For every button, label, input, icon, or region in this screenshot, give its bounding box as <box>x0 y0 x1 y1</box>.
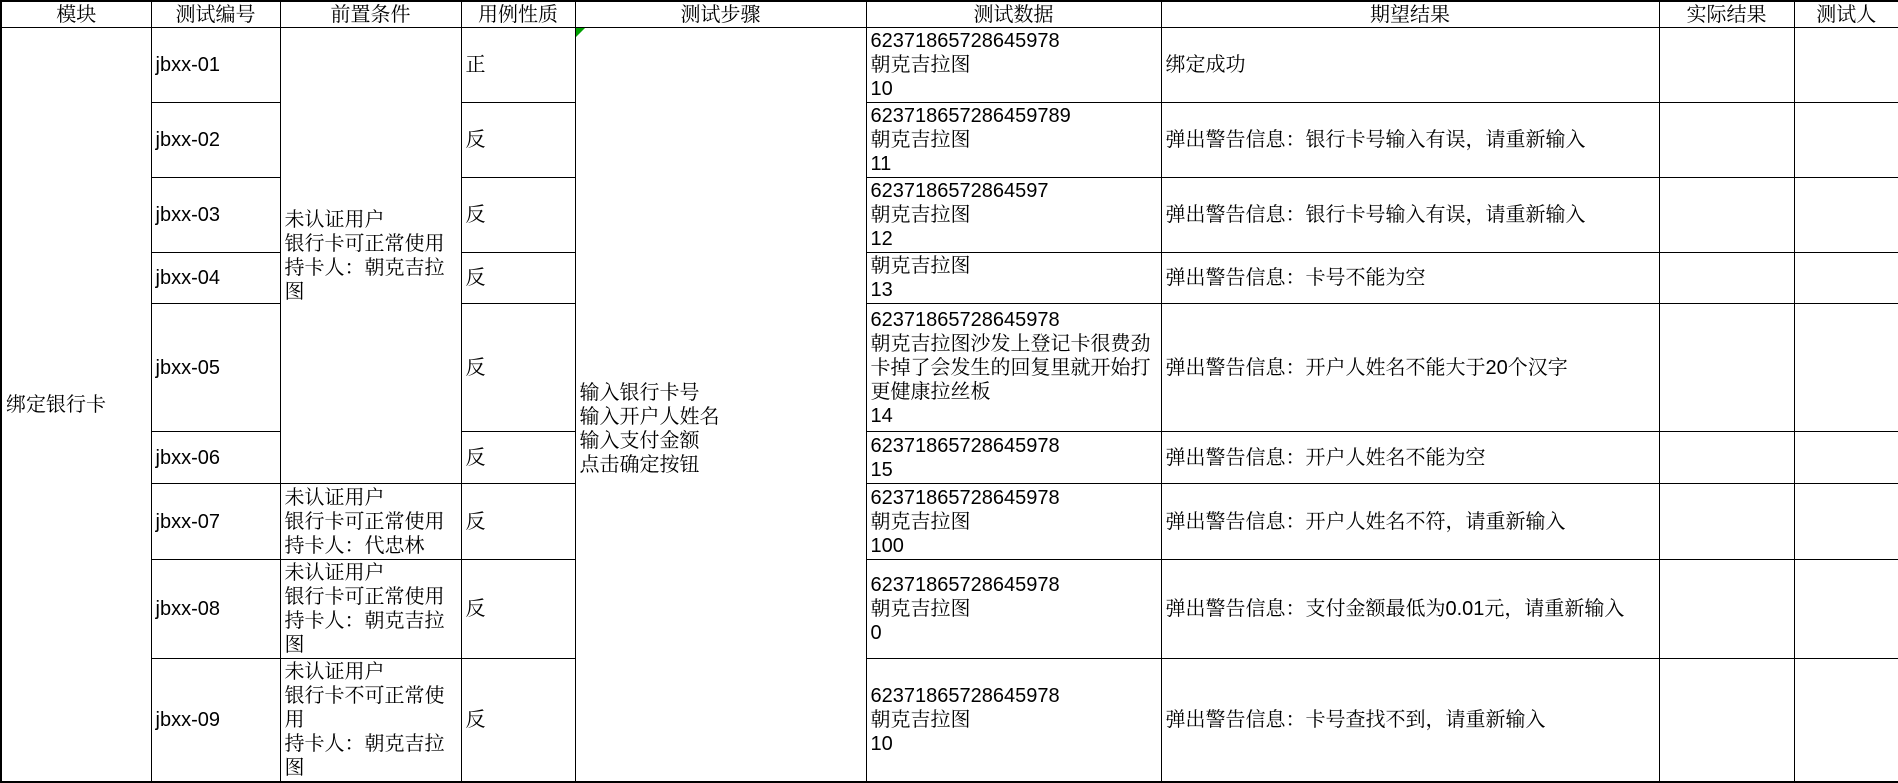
test-id-cell[interactable]: jbxx-07 <box>151 484 280 560</box>
tester-cell[interactable] <box>1794 28 1898 103</box>
actual-result-cell[interactable] <box>1659 178 1794 253</box>
expected-result-cell[interactable]: 弹出警告信息：支付金额最低为0.01元，请重新输入 <box>1161 560 1659 659</box>
expected-result-cell[interactable]: 弹出警告信息：开户人姓名不能大于20个汉字 <box>1161 304 1659 432</box>
header-test-data[interactable]: 测试数据 <box>866 1 1161 28</box>
header-test-id[interactable]: 测试编号 <box>151 1 280 28</box>
table-row: jbxx-07 未认证用户 银行卡可正常使用 持卡人：代忠林 反 6237186… <box>1 484 1898 560</box>
test-id-cell[interactable]: jbxx-01 <box>151 28 280 103</box>
precondition-cell[interactable]: 未认证用户 银行卡可正常使用 持卡人：朝克吉拉图 <box>280 28 461 484</box>
expected-result-cell[interactable]: 弹出警告信息：开户人姓名不能为空 <box>1161 432 1659 484</box>
error-indicator-icon <box>576 28 585 37</box>
nature-cell[interactable]: 反 <box>461 253 575 304</box>
table-row: jbxx-09 未认证用户 银行卡不可正常使用 持卡人：朝克吉拉图 反 6237… <box>1 659 1898 783</box>
actual-result-cell[interactable] <box>1659 432 1794 484</box>
header-expected-result[interactable]: 期望结果 <box>1161 1 1659 28</box>
header-row: 模块 测试编号 前置条件 用例性质 测试步骤 测试数据 期望结果 实际结果 测试… <box>1 1 1898 28</box>
actual-result-cell[interactable] <box>1659 103 1794 178</box>
test-data-cell[interactable]: 朝克吉拉图 13 <box>866 253 1161 304</box>
nature-cell[interactable]: 反 <box>461 484 575 560</box>
tester-cell[interactable] <box>1794 484 1898 560</box>
tester-cell[interactable] <box>1794 432 1898 484</box>
test-data-cell[interactable]: 62371865728645978 朝克吉拉图 10 <box>866 28 1161 103</box>
header-test-steps[interactable]: 测试步骤 <box>575 1 866 28</box>
test-data-cell[interactable]: 623718657286459789 朝克吉拉图 11 <box>866 103 1161 178</box>
test-id-cell[interactable]: jbxx-03 <box>151 178 280 253</box>
header-precondition[interactable]: 前置条件 <box>280 1 461 28</box>
tester-cell[interactable] <box>1794 304 1898 432</box>
test-id-cell[interactable]: jbxx-02 <box>151 103 280 178</box>
actual-result-cell[interactable] <box>1659 560 1794 659</box>
test-id-cell[interactable]: jbxx-05 <box>151 304 280 432</box>
nature-cell[interactable]: 反 <box>461 560 575 659</box>
expected-result-cell[interactable]: 弹出警告信息：卡号查找不到，请重新输入 <box>1161 659 1659 783</box>
expected-result-cell[interactable]: 弹出警告信息：卡号不能为空 <box>1161 253 1659 304</box>
test-id-cell[interactable]: jbxx-08 <box>151 560 280 659</box>
test-data-cell[interactable]: 62371865728645978 朝克吉拉图 10 <box>866 659 1161 783</box>
header-actual-result[interactable]: 实际结果 <box>1659 1 1794 28</box>
actual-result-cell[interactable] <box>1659 304 1794 432</box>
steps-text: 输入银行卡号 输入开户人姓名 输入支付金额 点击确定按钮 <box>580 382 720 476</box>
nature-cell[interactable]: 反 <box>461 659 575 783</box>
precondition-cell[interactable]: 未认证用户 银行卡可正常使用 持卡人：朝克吉拉图 <box>280 560 461 659</box>
actual-result-cell[interactable] <box>1659 28 1794 103</box>
precondition-cell[interactable]: 未认证用户 银行卡可正常使用 持卡人：代忠林 <box>280 484 461 560</box>
actual-result-cell[interactable] <box>1659 659 1794 783</box>
test-id-cell[interactable]: jbxx-04 <box>151 253 280 304</box>
tester-cell[interactable] <box>1794 560 1898 659</box>
test-case-table: 模块 测试编号 前置条件 用例性质 测试步骤 测试数据 期望结果 实际结果 测试… <box>0 0 1898 783</box>
header-case-nature[interactable]: 用例性质 <box>461 1 575 28</box>
nature-cell[interactable]: 反 <box>461 304 575 432</box>
test-data-cell[interactable]: 62371865728645978 15 <box>866 432 1161 484</box>
expected-result-cell[interactable]: 弹出警告信息：开户人姓名不符，请重新输入 <box>1161 484 1659 560</box>
header-module[interactable]: 模块 <box>1 1 151 28</box>
tester-cell[interactable] <box>1794 659 1898 783</box>
nature-cell[interactable]: 反 <box>461 178 575 253</box>
steps-cell[interactable]: 输入银行卡号 输入开户人姓名 输入支付金额 点击确定按钮 <box>575 28 866 783</box>
test-id-cell[interactable]: jbxx-09 <box>151 659 280 783</box>
precondition-cell[interactable]: 未认证用户 银行卡不可正常使用 持卡人：朝克吉拉图 <box>280 659 461 783</box>
tester-cell[interactable] <box>1794 253 1898 304</box>
expected-result-cell[interactable]: 弹出警告信息：银行卡号输入有误，请重新输入 <box>1161 178 1659 253</box>
test-id-cell[interactable]: jbxx-06 <box>151 432 280 484</box>
header-tester[interactable]: 测试人 <box>1794 1 1898 28</box>
module-cell[interactable]: 绑定银行卡 <box>1 28 151 783</box>
expected-result-cell[interactable]: 绑定成功 <box>1161 28 1659 103</box>
test-data-cell[interactable]: 6237186572864597 朝克吉拉图 12 <box>866 178 1161 253</box>
actual-result-cell[interactable] <box>1659 253 1794 304</box>
expected-result-cell[interactable]: 弹出警告信息：银行卡号输入有误，请重新输入 <box>1161 103 1659 178</box>
nature-cell[interactable]: 正 <box>461 28 575 103</box>
table-row: jbxx-08 未认证用户 银行卡可正常使用 持卡人：朝克吉拉图 反 62371… <box>1 560 1898 659</box>
tester-cell[interactable] <box>1794 178 1898 253</box>
nature-cell[interactable]: 反 <box>461 432 575 484</box>
actual-result-cell[interactable] <box>1659 484 1794 560</box>
tester-cell[interactable] <box>1794 103 1898 178</box>
test-data-cell[interactable]: 62371865728645978 朝克吉拉图 0 <box>866 560 1161 659</box>
table-row: 绑定银行卡 jbxx-01 未认证用户 银行卡可正常使用 持卡人：朝克吉拉图 正… <box>1 28 1898 103</box>
test-data-cell[interactable]: 62371865728645978 朝克吉拉图沙发上登记卡很费劲卡掉了会发生的回… <box>866 304 1161 432</box>
nature-cell[interactable]: 反 <box>461 103 575 178</box>
test-data-cell[interactable]: 62371865728645978 朝克吉拉图 100 <box>866 484 1161 560</box>
